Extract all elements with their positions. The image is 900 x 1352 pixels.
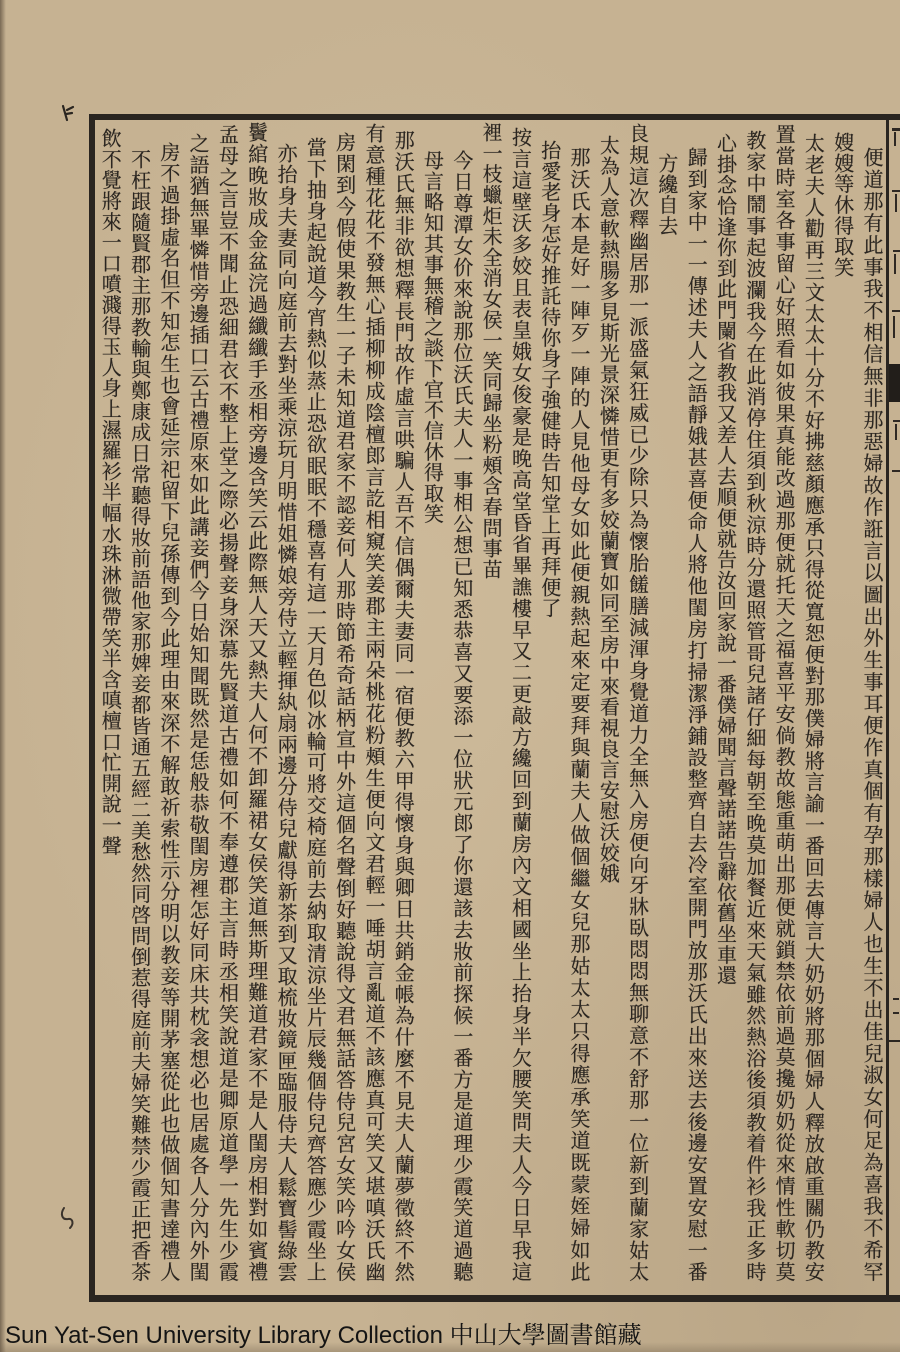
text-column: 飲不覺將來一口噴濺得玉人身上濕羅衫半幅水珠淋微帶笑半含嗔檀口忙開說一聲 <box>95 120 124 1282</box>
spine-title-fragment <box>892 310 900 312</box>
text-column: 那沃氏無非欲想釋長門故作虛言哄騙人吾不信偶爾夫妻同一宿便教六甲得懷身與卿日共銷金… <box>388 120 417 1282</box>
text-column: 鬢綰晚妝成金盆浣過纖纖手丞相旁邊含笑云此際無人天又熱夫人何不卸羅裙女侯笑道無斯理… <box>241 120 270 1282</box>
text-column: 心掛念恰逢你到此門闌省教我又差人去順便就告汝回家說一番僕婦聞言聲諾諾告辭依舊坐車… <box>710 120 739 1282</box>
text-column: 歸到家中一一傳述夫人之語靜娥甚喜便命人將他閨房打掃潔淨鋪設整齊自去冷室開門放那沃… <box>681 120 710 1282</box>
text-column: 抬愛老身怎好推託待你身子強健時告知堂上再拜便了 <box>534 120 563 1282</box>
text-column: 按言這壁沃多姣且表皇娥女俊豪是晚高堂昏省畢譙樓早又二更敲方纔回到蘭房內文相國坐上… <box>505 120 534 1282</box>
spine-title-fragment <box>892 128 900 131</box>
center-fold-strip <box>889 114 900 1302</box>
text-column: 置當時室各事留心好照看如彼果真能改過那便就托天之福喜平安倘教故態重萌出那便就鎖禁… <box>769 120 798 1282</box>
text-column: 當下抽身起說道今宵熱似蒸止恐欲眠眠不穩喜有這一天月色似冰輪可將交椅庭前去納取清涼… <box>300 120 329 1282</box>
page-edge-shadow <box>0 0 6 1352</box>
text-column: 太為人意軟熱腸多見斯光景深憐惜更有多姣蘭寶如同至房中來看視良言安慰沃姣娥 <box>593 120 622 1282</box>
text-column: 亦抬身夫妻同向庭前去對坐乘涼玩月明惜姐憐娘旁侍立輕揮紈扇兩邊分侍兒獻得新茶到又取… <box>271 120 300 1282</box>
fishtail-mark <box>889 364 900 402</box>
text-column: 母言略知其事無稽之談下官不信休得取笑 <box>417 120 446 1282</box>
ink-mark-bottom-left-icon <box>56 1204 80 1232</box>
text-column: 便道那有此事我不相信無非那惡婦故作誑言以圖出外生事耳便作真個有孕那樣婦人也生不出… <box>857 120 886 1282</box>
spine-title-fragment <box>894 254 896 274</box>
spine-title-fragment <box>893 316 895 338</box>
spine-page-number-fragment <box>893 998 899 1000</box>
text-block: 便道那有此事我不相信無非那惡婦故作誑言以圖出外生事耳便作真個有孕那樣婦人也生不出… <box>95 120 886 1295</box>
text-column: 有意種花花不發無心插柳柳成陰檀郎言訖相窺笑姜郡主兩朵桃花粉頰生便向文君輕一唾胡言… <box>359 120 388 1282</box>
text-column: 方纔自去 <box>652 120 681 1282</box>
text-column: 嫂嫂等休得取笑 <box>827 120 856 1282</box>
text-column: 太老夫人勸再三文太太十分不好拂慈顏應承只得從寬恕便對那僕婦將言諭一番回去傳言大奶… <box>798 120 827 1282</box>
text-column: 之語猶無畢憐惜旁邊插口云古禮原來如此講妾們今日始知聞既然是恁般恭敬閨房裡怎好同床… <box>183 120 212 1282</box>
spine-volume-fragment <box>893 420 900 422</box>
spine-title-fragment <box>895 194 897 212</box>
text-column: 不枉跟隨賢郡主那教輸與鄭康成日常聽得妝前語他家那婢妾都皆通五經二美愁然同啓問倒惹… <box>124 120 153 1282</box>
spine-rule <box>889 1040 900 1042</box>
text-column: 那沃氏本是好一陣歹一陣的人見他母女如此便親熱起來定要拜與蘭夫人做個繼女兒那姑太太… <box>564 120 593 1282</box>
spine-volume-fragment <box>895 424 897 440</box>
ink-mark-top-left-icon <box>57 102 79 124</box>
text-column: 房閑到今假使果教生一子未知道君家不認妾何人那時節希奇話柄宣中外這個名聲倒好聽說得… <box>329 120 358 1282</box>
library-collection-watermark: Sun Yat-Sen University Library Collectio… <box>5 1321 642 1350</box>
text-column: 良規這次釋幽居那一派盛氣狂威已少除只為懷胎饈膳減渾身覺道力全無入房便向牙牀臥悶悶… <box>622 120 651 1282</box>
spine-page-number-fragment <box>893 1012 899 1014</box>
spine-volume-fragment <box>892 470 900 472</box>
spine-title-fragment <box>893 250 900 252</box>
spine-title-fragment <box>892 190 900 192</box>
text-column: 教家中鬧事起波瀾我今在此消停住須到秋涼時分還照管哥兒諸仔細每朝至晚莫加餐近來天氣… <box>740 120 769 1282</box>
text-column: 房不過掛虛名但不知怎生也會延宗祀留下兒孫傳到今此理由來深不解敢祈索性示分明以教妾… <box>154 120 183 1282</box>
text-column: 孟母之言豈不聞止恐細君衣不整上堂之際必揚聲妾身深慕先賢道古禮如何不奉遵郡主言時丞… <box>212 120 241 1282</box>
spine-title-fragment <box>894 132 896 146</box>
text-column: 今日尊潭女价來說那位沃氏夫人一事相公想已知悉恭喜又要添一位狀元郎了你還該去妝前探… <box>447 120 476 1282</box>
text-column: 裡一枝蠟炬未全消女侯一笑同歸坐粉頰含春問事苗 <box>476 120 505 1282</box>
